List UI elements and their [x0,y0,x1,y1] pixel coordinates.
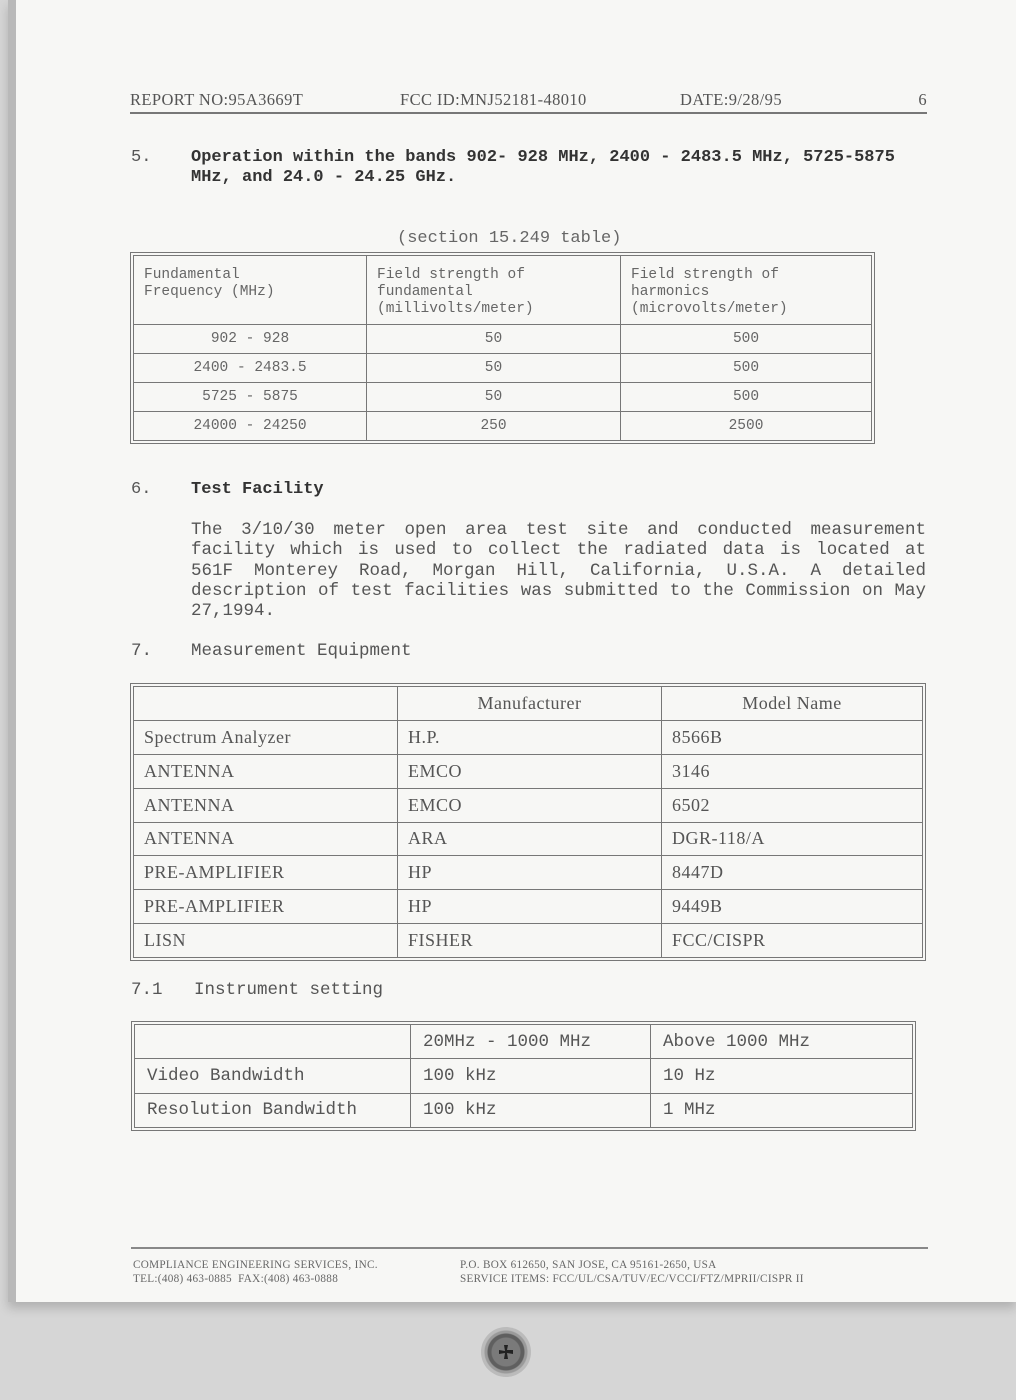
section-number: 7.1 [131,980,163,1000]
footer-divider [131,1247,928,1249]
table-row: LISN FISHER FCC/CISPR [134,924,923,958]
company-phones: TEL:(408) 463-0885 FAX:(408) 463-0888 [133,1273,338,1287]
table-cell: 3146 [662,754,923,788]
section-title: Measurement Equipment [191,641,412,661]
section-title: Operation within the bands 902- 928 MHz,… [191,148,931,188]
table-row: Resolution Bandwidth 100 kHz 1 MHz [135,1093,913,1127]
table-cell: EMCO [398,754,662,788]
table-cell: 1 MHz [651,1093,913,1127]
section-title: Test Facility [191,480,324,499]
table-row: Spectrum Analyzer H.P. 8566B [134,720,923,754]
table-row: Video Bandwidth 100 kHz 10 Hz [135,1059,913,1093]
table-cell: 902 - 928 [134,325,367,354]
header-cell [135,1025,411,1059]
table-cell: Resolution Bandwidth [135,1093,411,1127]
table-cell: 100 kHz [411,1093,651,1127]
service-items: SERVICE ITEMS: FCC/UL/CSA/TUV/EC/VCCI/FT… [460,1273,804,1287]
table-caption: (section 15.249 table) [397,229,621,248]
page-footer: COMPLIANCE ENGINEERING SERVICES, INC. P.… [133,1259,933,1327]
table-cell: PRE-AMPLIFIER [134,890,398,924]
table-row: ANTENNA ARA DGR-118/A [134,822,923,856]
table-row: 2400 - 2483.5 50 500 [134,354,872,383]
table-cell: 500 [621,354,872,383]
table-cell: ANTENNA [134,822,398,856]
header-cell: Manufacturer [398,687,662,721]
header-cell: Model Name [662,687,923,721]
header-cell [134,687,398,721]
table-cell: 24000 - 24250 [134,412,367,441]
table-row: PRE-AMPLIFIER HP 8447D [134,856,923,890]
fcc-id: FCC ID:MNJ52181-48010 [400,90,587,110]
table-row: ANTENNA EMCO 6502 [134,788,923,822]
table-cell: 50 [367,325,621,354]
table-cell: 250 [367,412,621,441]
report-number: REPORT NO:95A3669T [130,90,303,110]
table-cell: PRE-AMPLIFIER [134,856,398,890]
table-cell: EMCO [398,788,662,822]
company-name: COMPLIANCE ENGINEERING SERVICES, INC. [133,1259,378,1273]
table-cell: LISN [134,924,398,958]
table-cell: 100 kHz [411,1059,651,1093]
page-number: 6 [918,90,927,110]
table-cell: 2500 [621,412,872,441]
test-facility-paragraph: The 3/10/30 meter open area test site an… [191,520,926,621]
company-address: P.O. BOX 612650, SAN JOSE, CA 95161-2650… [460,1259,717,1273]
field-strength-table: Fundamental Frequency (MHz) Field streng… [130,252,875,444]
instrument-setting-table: 20MHz - 1000 MHz Above 1000 MHz Video Ba… [131,1021,916,1131]
table-cell: 50 [367,354,621,383]
table-cell: HP [398,890,662,924]
table-row: ANTENNA EMCO 3146 [134,754,923,788]
table-cell: ANTENNA [134,754,398,788]
table-row: 902 - 928 50 500 [134,325,872,354]
section-number: 7. [131,641,152,661]
table-cell: 5725 - 5875 [134,383,367,412]
table-cell: 9449B [662,890,923,924]
table-cell: 8447D [662,856,923,890]
table-cell: Video Bandwidth [135,1059,411,1093]
table-row: 5725 - 5875 50 500 [134,383,872,412]
measurement-equipment-table: Manufacturer Model Name Spectrum Analyze… [130,683,926,961]
header-cell: Fundamental Frequency (MHz) [134,256,367,325]
page-header: REPORT NO:95A3669T FCC ID:MNJ52181-48010… [130,90,927,114]
table-cell: 2400 - 2483.5 [134,354,367,383]
section-title: Instrument setting [194,980,383,1000]
table-cell: ANTENNA [134,788,398,822]
table-cell: Spectrum Analyzer [134,720,398,754]
table-cell: 50 [367,383,621,412]
table-cell: 500 [621,383,872,412]
section-number: 6. [131,480,151,499]
table-header-row: 20MHz - 1000 MHz Above 1000 MHz [135,1025,913,1059]
table-cell: 6502 [662,788,923,822]
table-cell: 500 [621,325,872,354]
header-cell: 20MHz - 1000 MHz [411,1025,651,1059]
header-cell: Field strength of fundamental (millivolt… [367,256,621,325]
phillips-slot-icon [498,1344,514,1360]
page-edge-shadow [8,0,16,1302]
section-number: 5. [131,148,151,168]
table-cell: ARA [398,822,662,856]
header-cell: Field strength of harmonics (microvolts/… [621,256,872,325]
table-cell: 10 Hz [651,1059,913,1093]
table-cell: HP [398,856,662,890]
table-header-row: Manufacturer Model Name [134,687,923,721]
table-cell: DGR-118/A [662,822,923,856]
table-row: PRE-AMPLIFIER HP 9449B [134,890,923,924]
table-cell: FCC/CISPR [662,924,923,958]
table-header-row: Fundamental Frequency (MHz) Field streng… [134,256,872,325]
table-cell: 8566B [662,720,923,754]
table-cell: H.P. [398,720,662,754]
report-date: DATE:9/28/95 [680,90,782,110]
table-row: 24000 - 24250 250 2500 [134,412,872,441]
screw-icon [481,1327,531,1377]
header-cell: Above 1000 MHz [651,1025,913,1059]
table-cell: FISHER [398,924,662,958]
